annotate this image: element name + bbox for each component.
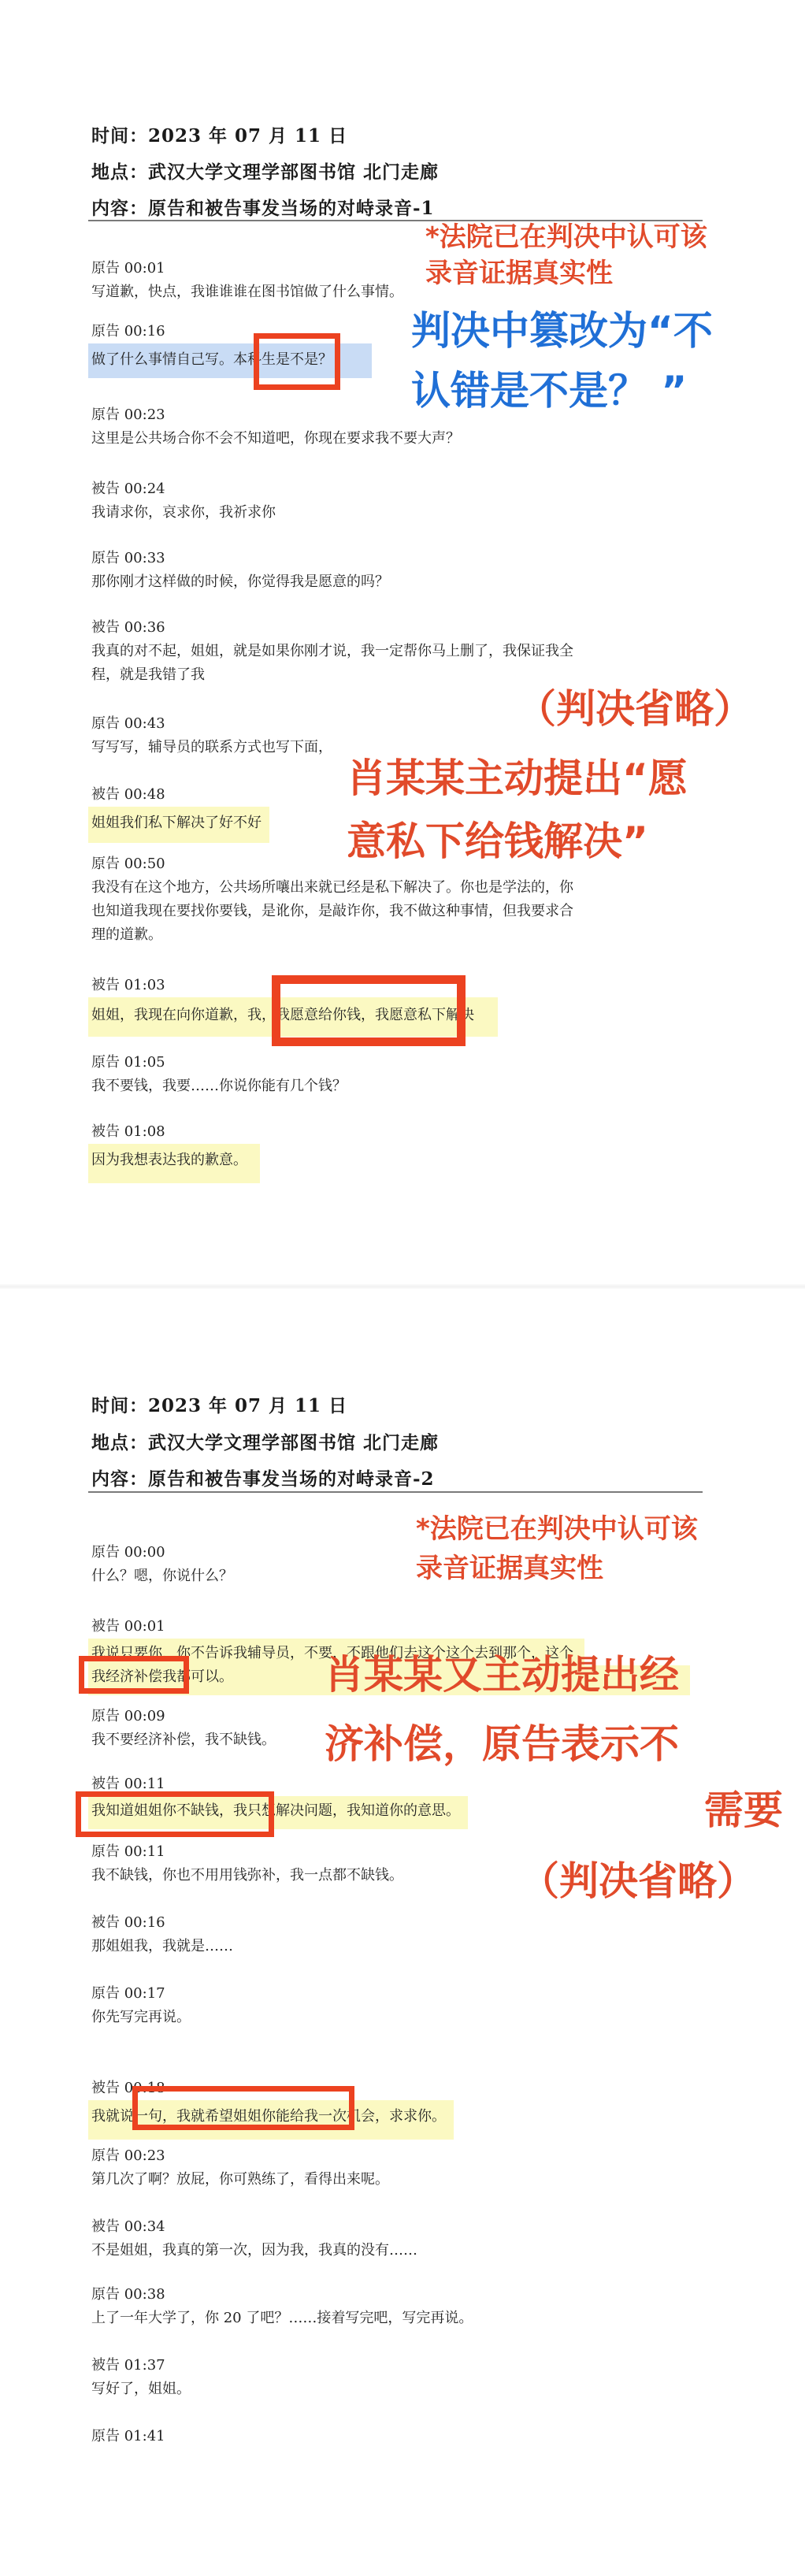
utterance: 我不要钱，我要……你说你能有几个钱？ [91, 1075, 347, 1098]
utterance: 也知道我现在要找你要钱，是讹你，是敲诈你，我不做这种事情，但我要求合 [91, 900, 573, 923]
transcript-page-2: 时间：2023 年 07 月 11 日 地点：武汉大学文理学部图书馆 北门走廊 … [0, 1289, 805, 2576]
utterance: 那你刚才这样做的时候，你觉得我是愿意的吗？ [91, 570, 389, 594]
transcript-page-1: 时间：2023 年 07 月 11 日 地点：武汉大学文理学部图书馆 北门走廊 … [0, 0, 805, 1284]
utterance: 那姐姐我，我就是…… [91, 1935, 233, 1958]
speaker-timestamp: 被告 00:24 [91, 477, 276, 501]
speaker-timestamp: 原告 00:23 [91, 403, 460, 427]
speaker-timestamp: 原告 00:33 [91, 547, 389, 570]
speaker-timestamp: 原告 00:09 [91, 1705, 276, 1728]
header-place: 地点：武汉大学文理学部图书馆 北门走廊 [91, 158, 439, 184]
utterance: 第几次了啊？放屁，你可熟练了，看得出来呢。 [91, 2168, 389, 2192]
transcript-entry: 原告 01:05 我不要钱，我要……你说你能有几个钱？ [91, 1051, 347, 1098]
speaker-timestamp: 被告 01:37 [91, 2354, 191, 2377]
offer-note-line3: 需要 [704, 1788, 783, 1834]
transcript-entry: 原告 00:17 你先写完再说。 [91, 1982, 191, 2029]
speaker-timestamp: 被告 01:08 [91, 1120, 260, 1144]
evidence-red-box [272, 975, 466, 1046]
court-note-line1: *法院已在判决中认可该 [425, 222, 707, 253]
transcript-entry: 原告 00:38 上了一年大学了，你 20 了吧？……接着写完吧，写完再说。 [91, 2283, 473, 2330]
header-time: 时间：2023 年 07 月 11 日 [91, 121, 347, 147]
transcript-entry: 原告 00:09 我不要经济补偿，我不缺钱。 [91, 1705, 276, 1752]
transcript-entry: 原告 00:23 第几次了啊？放屁，你可熟练了，看得出来呢。 [91, 2144, 389, 2192]
tamper-note-line1: 判决中篡改为“不 [411, 309, 713, 354]
evidence-red-box [132, 2086, 354, 2130]
speaker-timestamp: 原告 00:23 [91, 2144, 389, 2168]
transcript-entry: 原告 00:50 我没有在这个地方，公共场所嚷出来就已经是私下解决了。你也是学法… [91, 852, 573, 947]
speaker-timestamp: 原告 00:00 [91, 1541, 233, 1565]
offer-note-line2: 意私下给钱解决” [347, 819, 648, 865]
utterance: 理的道歉。 [91, 923, 162, 947]
utterance: 我不缺钱，你也不用用钱弥补，我一点都不缺钱。 [91, 1864, 403, 1887]
header-content: 内容：原告和被告事发当场的对峙录音-2 [91, 1464, 435, 1490]
utterance-highlighted: 因为我想表达我的歉意。 [88, 1144, 260, 1183]
speaker-timestamp: 原告 01:41 [91, 2425, 165, 2448]
speaker-timestamp: 被告 00:16 [91, 1911, 233, 1935]
speaker-timestamp: 原告 00:01 [91, 257, 403, 280]
transcript-entry: 被告 00:48 姐姐我们私下解决了好不好 [91, 783, 269, 843]
evidence-red-box [79, 1656, 189, 1694]
evidence-red-box [254, 333, 340, 390]
speaker-timestamp: 原告 01:05 [91, 1051, 347, 1075]
transcript-entry: 原告 01:41 [91, 2425, 165, 2448]
transcript-entry: 原告 00:00 什么？嗯，你说什么？ [91, 1541, 233, 1588]
utterance: 你先写完再说。 [91, 2006, 191, 2029]
transcript-entry: 被告 00:34 不是姐姐，我真的第一次，因为我，我真的没有…… [91, 2215, 417, 2262]
utterance: 我真的对不起，姐姐，就是如果你刚才说，我一定帮你马上删了，我保证我全 [91, 640, 573, 663]
omitted-note: （判决省略） [517, 687, 753, 733]
transcript-entry: 被告 00:36 我真的对不起，姐姐，就是如果你刚才说，我一定帮你马上删了，我保… [91, 616, 573, 687]
transcript-entry: 原告 00:43 写写写，辅导员的联系方式也写下面， [91, 712, 332, 759]
utterance: 我请求你，哀求你，我祈求你 [91, 501, 276, 525]
utterance: 写写写，辅导员的联系方式也写下面， [91, 736, 332, 759]
header-content: 内容：原告和被告事发当场的对峙录音-1 [91, 194, 435, 220]
transcript-entry: 被告 00:16 那姐姐我，我就是…… [91, 1911, 233, 1958]
offer-note-line2: 济补偿，原告表示不 [325, 1722, 679, 1768]
transcript-entry: 原告 00:01 写道歉，快点，我谁谁谁在图书馆做了什么事情。 [91, 257, 403, 304]
tamper-note-line2: 认错是不是？ ” [411, 369, 687, 414]
court-note-line2: 录音证据真实性 [425, 258, 613, 289]
speaker-timestamp: 被告 00:48 [91, 783, 269, 807]
utterance: 不是姐姐，我真的第一次，因为我，我真的没有…… [91, 2239, 417, 2262]
speaker-timestamp: 原告 00:38 [91, 2283, 473, 2307]
transcript-entry: 原告 00:11 我不缺钱，你也不用用钱弥补，我一点都不缺钱。 [91, 1840, 403, 1887]
speaker-timestamp: 原告 00:43 [91, 712, 332, 736]
transcript-entry: 原告 00:33 那你刚才这样做的时候，你觉得我是愿意的吗？ [91, 547, 389, 594]
speaker-timestamp: 原告 00:17 [91, 1982, 191, 2006]
utterance: 我没有在这个地方，公共场所嚷出来就已经是私下解决了。你也是学法的，你 [91, 876, 573, 900]
utterance: 什么？嗯，你说什么？ [91, 1565, 233, 1588]
speaker-timestamp: 被告 00:01 [91, 1615, 690, 1639]
utterance: 我不要经济补偿，我不缺钱。 [91, 1728, 276, 1752]
speaker-timestamp: 被告 00:36 [91, 616, 573, 640]
utterance: 上了一年大学了，你 20 了吧？……接着写完吧，写完再说。 [91, 2307, 473, 2330]
court-note-line2: 录音证据真实性 [416, 1553, 603, 1584]
utterance: 写道歉，快点，我谁谁谁在图书馆做了什么事情。 [91, 280, 403, 304]
omitted-note: （判决省略） [520, 1859, 756, 1905]
offer-note-line1: 肖某某又主动提出经 [325, 1653, 679, 1698]
evidence-red-box [76, 1791, 274, 1837]
utterance: 这里是公共场合你不会不知道吧，你现在要求我不要大声？ [91, 427, 460, 451]
utterance: 写好了，姐姐。 [91, 2377, 191, 2401]
speaker-timestamp: 被告 00:34 [91, 2215, 417, 2239]
offer-note-line1: 肖某某主动提出“愿 [347, 756, 688, 802]
transcript-entry: 被告 01:37 写好了，姐姐。 [91, 2354, 191, 2401]
transcript-entry: 原告 00:23 这里是公共场合你不会不知道吧，你现在要求我不要大声？ [91, 403, 460, 451]
transcript-entry: 被告 01:08 因为我想表达我的歉意。 [91, 1120, 260, 1183]
speaker-timestamp: 原告 00:11 [91, 1840, 403, 1864]
utterance-highlighted: 姐姐我们私下解决了好不好 [88, 807, 269, 843]
header-place: 地点：武汉大学文理学部图书馆 北门走廊 [91, 1428, 439, 1454]
utterance: 程，就是我错了我 [91, 663, 205, 687]
court-note-line1: *法院已在判决中认可该 [416, 1514, 698, 1545]
transcript-entry: 被告 00:24 我请求你，哀求你，我祈求你 [91, 477, 276, 525]
header-divider [88, 1491, 703, 1493]
header-time: 时间：2023 年 07 月 11 日 [91, 1391, 347, 1417]
